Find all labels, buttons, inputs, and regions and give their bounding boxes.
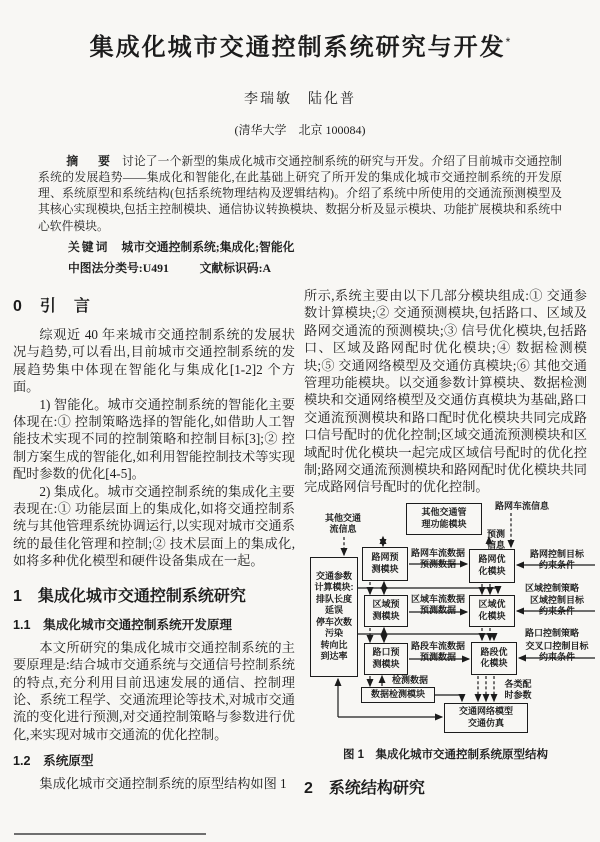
fig-label-crossing-control-target: 交叉口控制目标 约束条件 bbox=[517, 641, 597, 663]
fig-label-network-flow-info: 路网车流信息 bbox=[492, 501, 552, 512]
fig-label-intersection-control-strategy: 路口控制策略 bbox=[516, 628, 588, 639]
section-0-heading: 0 引 言 bbox=[13, 293, 295, 316]
fig-label-region-flow-data: 区域车流数据 预测数据 bbox=[409, 594, 467, 616]
figure-1-caption: 图 1 集成化城市交通控制系统原型结构 bbox=[304, 746, 587, 762]
fig-label-segment-flow-data: 路段车流数据 预测数据 bbox=[409, 641, 467, 663]
section-1-1-heading: 1.1 集成化城市交通控制系统开发原理 bbox=[13, 614, 295, 633]
figure-arrow bbox=[358, 634, 494, 640]
footnote-rule bbox=[14, 833, 206, 835]
paper-page: 集成化城市交通控制系统研究与开发* 李瑞敏 陆化普 (清华大学 北京 10008… bbox=[0, 0, 600, 842]
fig-label-region-control-strategy: 区域控制策略 bbox=[516, 583, 588, 594]
figure-arrow bbox=[435, 695, 462, 701]
intro-paragraph-2: 1) 智能化。城市交通控制系统的智能化主要体现在:① 控制策略选择的智能化,如借… bbox=[13, 396, 295, 483]
fig-box-segment-optimization-module: 路段优 化模块 bbox=[471, 642, 517, 675]
fig-box-network-optimization-module: 路网优 化模块 bbox=[469, 549, 515, 583]
keywords-text: 城市交通控制系统;集成化;智能化 bbox=[121, 240, 294, 254]
section-1-heading: 1 集成化城市交通控制系统研究 bbox=[13, 583, 295, 606]
intro-paragraph-1: 综观近 40 年来城市交通控制系统的发展状况与趋势,可以看出,目前城市交通控制系… bbox=[13, 326, 295, 396]
right-paragraph-1: 所示,系统主要由以下几部分模块组成:① 交通参数计算模块;② 交通预测模块,包括… bbox=[304, 287, 587, 496]
section-1-2-paragraph: 集成化城市交通控制系统的原型结构如图 1 bbox=[13, 775, 295, 792]
intro-paragraph-3: 2) 集成化。城市交通控制系统的集成化主要表现在:① 功能层面上的集成化,如将交… bbox=[13, 483, 295, 570]
document-code: 文献标识码:A bbox=[200, 261, 271, 275]
figure-canvas: 其他交通管 理功能模块路网预 测模块路网优 化模块交通参数 计算模块: 排队长度… bbox=[306, 501, 598, 739]
page-title: 集成化城市交通控制系统研究与开发* bbox=[30, 34, 570, 63]
two-column-body: 0 引 言 综观近 40 年来城市交通控制系统的发展状况与趋势,可以看出,目前城… bbox=[13, 287, 587, 806]
section-1-2-heading: 1.2 系统原型 bbox=[13, 750, 295, 769]
fig-label-other-traffic-info: 其他交通 流信息 bbox=[320, 513, 366, 535]
clc-number: 中图法分类号:U491 bbox=[68, 261, 169, 275]
fig-label-forecast-info: 预测 信息 bbox=[484, 529, 508, 551]
fig-box-data-detection-module: 数据检测模块 bbox=[361, 687, 435, 703]
fig-label-timing-params: 各类配 时参数 bbox=[500, 679, 536, 701]
abstract: 摘 要讨论了一个新型的集成化城市交通控制系统的研究与开发。介绍了目前城市交通控制… bbox=[38, 153, 562, 234]
left-column: 0 引 言 综观近 40 年来城市交通控制系统的发展状况与趋势,可以看出,目前城… bbox=[13, 287, 295, 806]
classification-line: 中图法分类号:U491文献标识码:A bbox=[68, 259, 562, 276]
fig-box-region-prediction-module: 区域预 测模块 bbox=[364, 595, 408, 627]
fig-label-detect-data: 检测数据 bbox=[390, 675, 430, 686]
figure-arrow bbox=[358, 588, 498, 593]
abstract-label: 摘 要 bbox=[66, 154, 114, 168]
keywords-line: 关键词城市交通控制系统;集成化;智能化 bbox=[68, 238, 562, 255]
fig-box-network-model-simulation: 交通网络模型 交通仿真 bbox=[444, 703, 528, 733]
section-1-1-paragraph: 本文所研究的集成化城市交通控制系统的主要原理是:结合城市交通系统与交通信号控制系… bbox=[13, 639, 295, 743]
fig-box-intersection-prediction-module: 路口预 测模块 bbox=[364, 643, 408, 675]
section-2-heading: 2 系统结构研究 bbox=[304, 775, 587, 798]
page-title-text: 集成化城市交通控制系统研究与开发 bbox=[90, 34, 506, 61]
abstract-text: 讨论了一个新型的集成化城市交通控制系统的研究与开发。介绍了目前城市交通控制系统的… bbox=[38, 154, 562, 233]
fig-box-network-prediction-module: 路网预 测模块 bbox=[362, 547, 408, 581]
fig-box-other-management-module: 其他交通管 理功能模块 bbox=[406, 503, 482, 535]
title-footnote-mark: * bbox=[506, 35, 511, 49]
authors: 李瑞敏 陆化普 bbox=[0, 88, 600, 108]
fig-box-region-optimization-module: 区域优 化模块 bbox=[469, 595, 515, 627]
fig-label-network-flow-data: 路网车流数据 预测数据 bbox=[409, 548, 467, 570]
keywords-label: 关键词 bbox=[68, 240, 109, 254]
fig-label-region-control-target: 区域控制目标 约束条件 bbox=[518, 595, 596, 617]
fig-box-traffic-parameter-module: 交通参数 计算模块: 排队长度 延误 停车次数 污染 转向比 到达率 bbox=[310, 557, 358, 677]
figure-1: 其他交通管 理功能模块路网预 测模块路网优 化模块交通参数 计算模块: 排队长度… bbox=[304, 501, 587, 762]
fig-label-network-control-target: 路网控制目标 约束条件 bbox=[518, 549, 596, 571]
right-column: 所示,系统主要由以下几部分模块组成:① 交通参数计算模块;② 交通预测模块,包括… bbox=[304, 287, 587, 806]
affiliation: (清华大学 北京 100084) bbox=[0, 121, 600, 138]
